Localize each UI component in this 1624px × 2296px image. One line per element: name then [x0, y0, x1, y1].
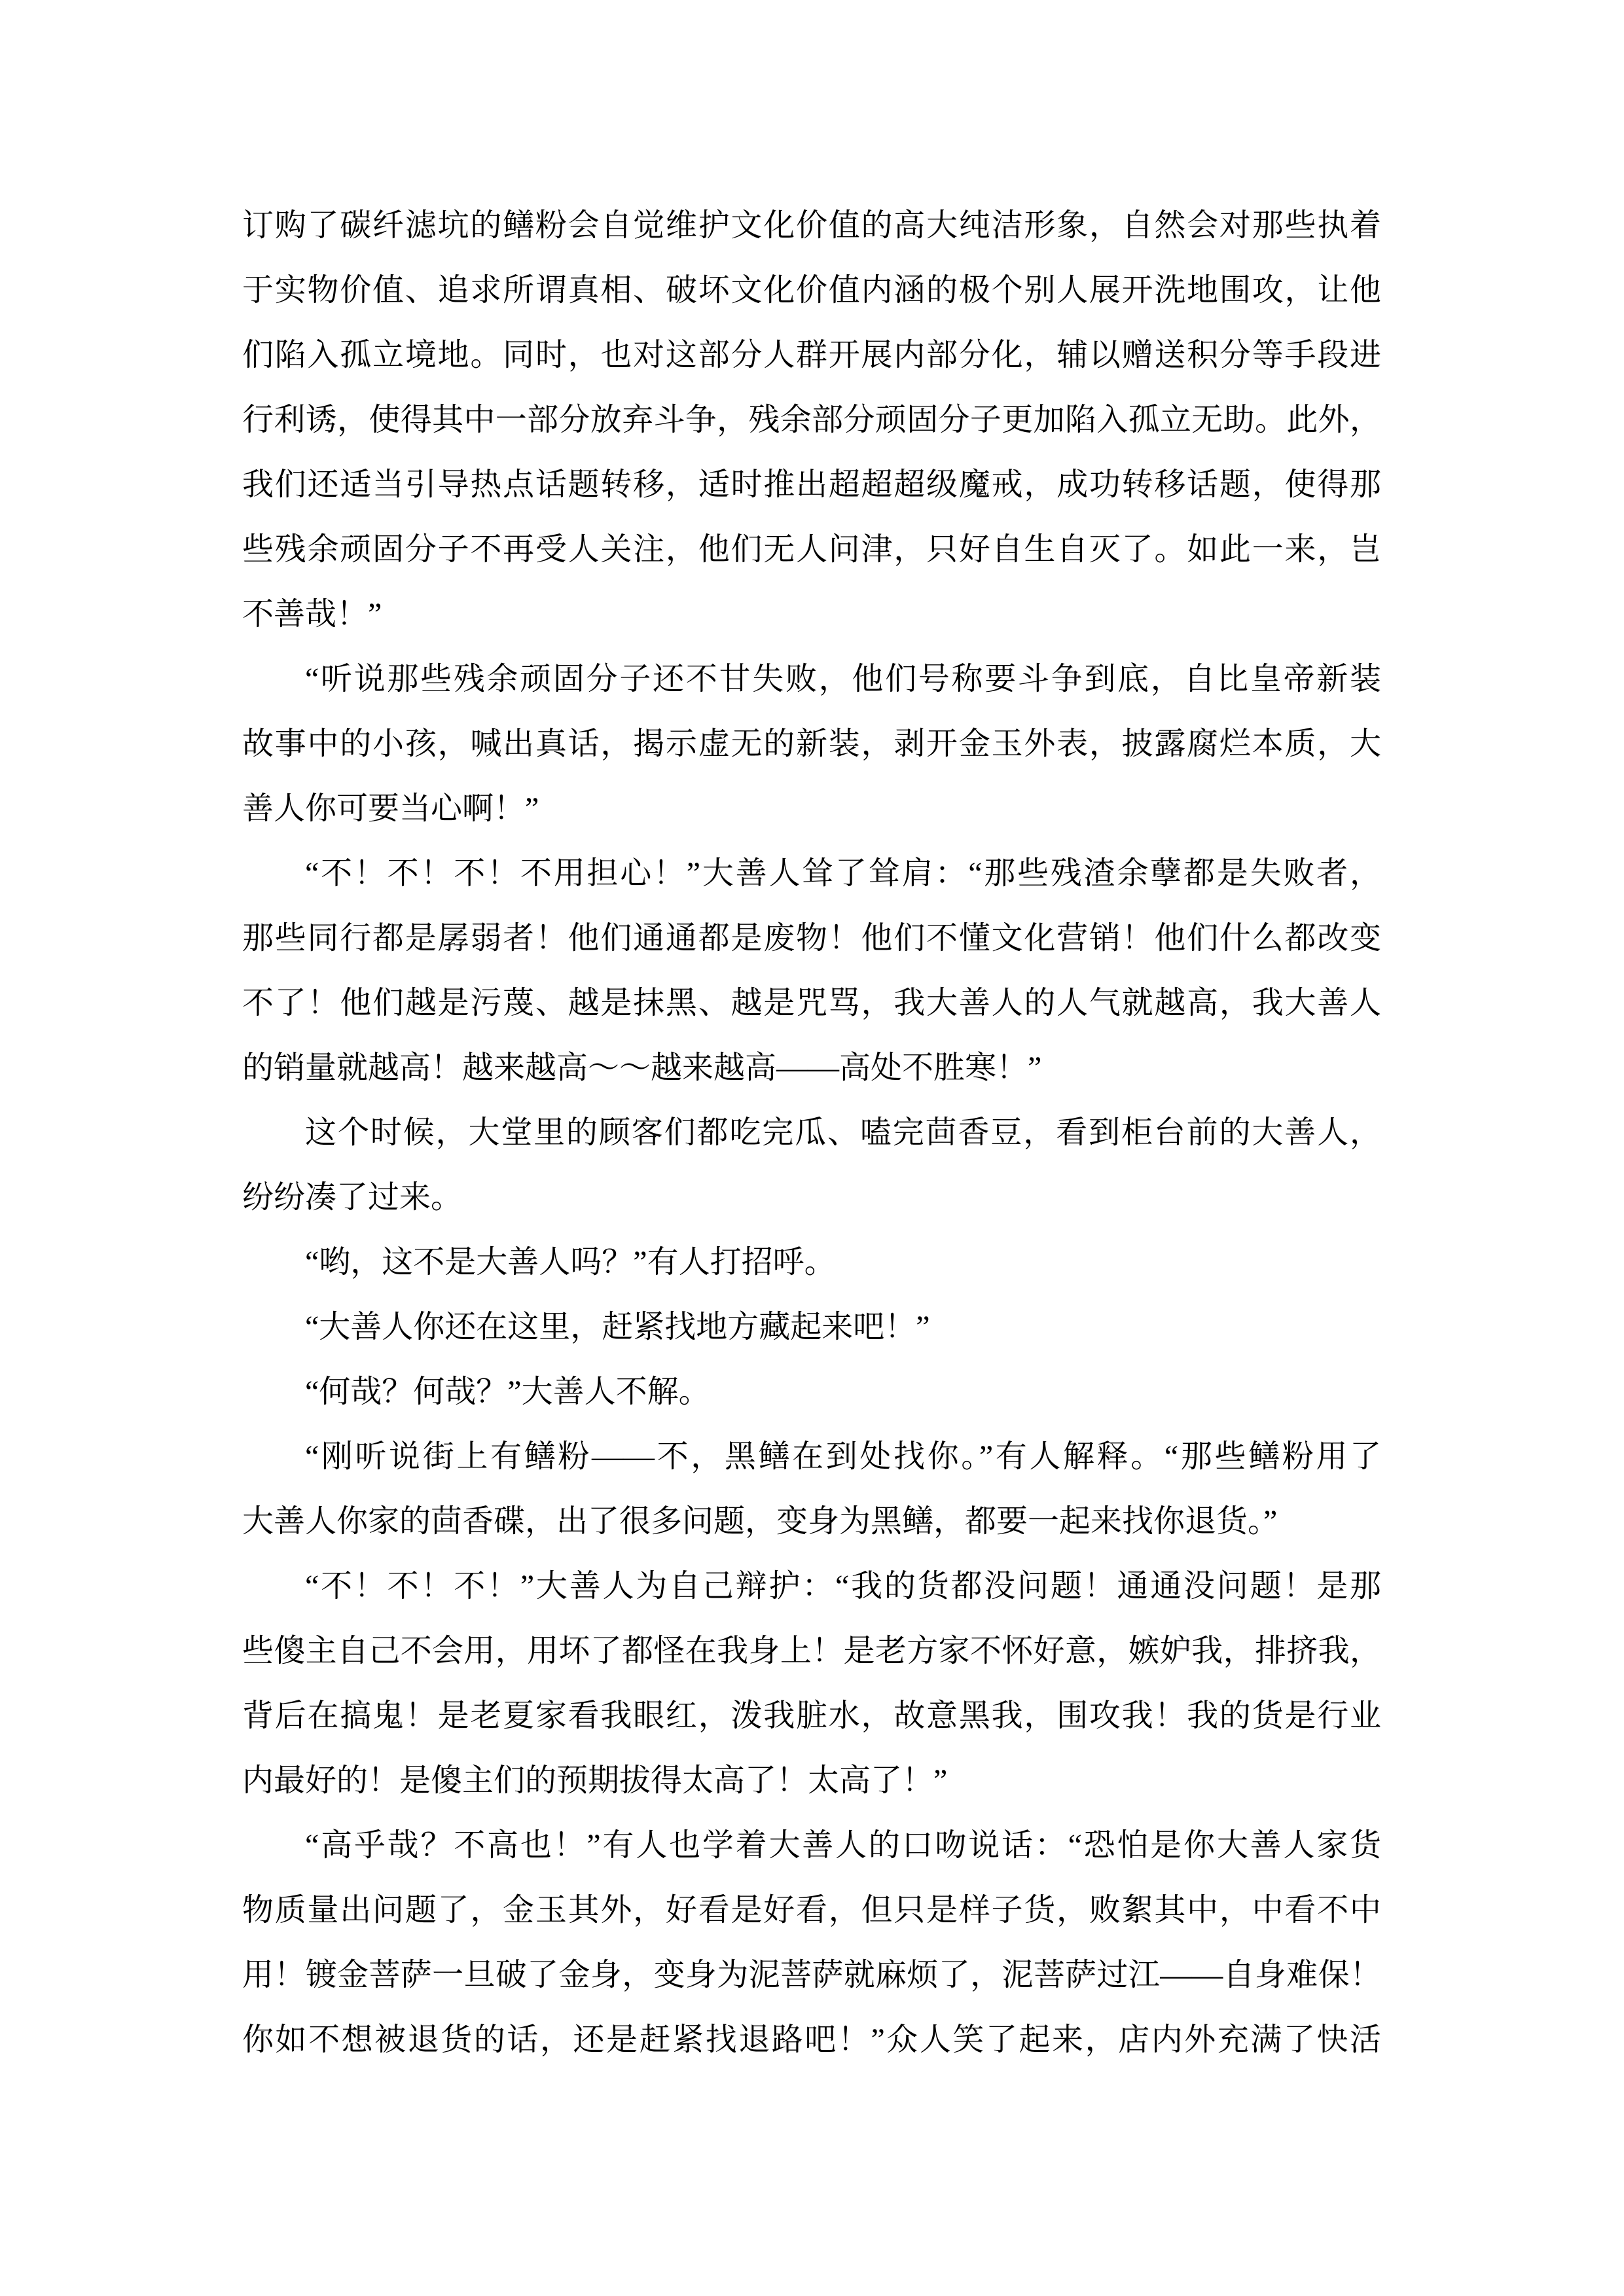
text-line: “不！不！不！”大善人为自己辩护：“我的货都没问题！通通没问题！是那: [242, 1554, 1381, 1619]
text-line: 用！镀金菩萨一旦破了金身，变身为泥菩萨就麻烦了，泥菩萨过江——自身难保！: [242, 1943, 1381, 2007]
text-line: 于实物价值、追求所谓真相、破坏文化价值内涵的极个别人展开洗地围攻，让他: [242, 258, 1381, 323]
text-line: 故事中的小孩，喊出真话，揭示虚无的新装，剥开金玉外表，披露腐烂本质，大: [242, 711, 1381, 776]
text-line: 不了！他们越是污蔑、越是抹黑、越是咒骂，我大善人的人气就越高，我大善人: [242, 971, 1381, 1035]
text-line: 的销量就越高！越来越高～～越来越高——高处不胜寒！”: [242, 1035, 1381, 1100]
text-line: 背后在搞鬼！是老夏家看我眼红，泼我脏水，故意黑我，围攻我！我的货是行业: [242, 1683, 1381, 1748]
text-line: “不！不！不！不用担心！”大善人耸了耸肩：“那些残渣余孽都是失败者，: [242, 841, 1381, 906]
text-line: “大善人你还在这里，赶紧找地方藏起来吧！”: [242, 1295, 1381, 1359]
text-line: 那些同行都是孱弱者！他们通通都是废物！他们不懂文化营销！他们什么都改变: [242, 906, 1381, 971]
text-line: “高乎哉？不高也！”有人也学着大善人的口吻说话：“恐怕是你大善人家货: [242, 1813, 1381, 1878]
text-line: 这个时候，大堂里的顾客们都吃完瓜、嗑完茴香豆，看到柜台前的大善人，: [242, 1100, 1381, 1165]
text-line: “哟，这不是大善人吗？”有人打招呼。: [242, 1230, 1381, 1295]
text-line: 大善人你家的茴香碟，出了很多问题，变身为黑鳝，都要一起来找你退货。”: [242, 1489, 1381, 1554]
text-line: 些傻主自己不会用，用坏了都怪在我身上！是老方家不怀好意，嫉妒我，排挤我，: [242, 1619, 1381, 1683]
text-line: “刚听说街上有鳝粉——不，黑鳝在到处找你。”有人解释。“那些鳝粉用了: [242, 1424, 1381, 1489]
text-line: 行利诱，使得其中一部分放弃斗争，残余部分顽固分子更加陷入孤立无助。此外，: [242, 387, 1381, 452]
text-line: 我们还适当引导热点话题转移，适时推出超超超级魔戒，成功转移话题，使得那: [242, 452, 1381, 517]
document-page: 订购了碳纤滤坑的鳝粉会自觉维护文化价值的高大纯洁形象，自然会对那些执着于实物价值…: [0, 0, 1624, 2296]
text-line: 订购了碳纤滤坑的鳝粉会自觉维护文化价值的高大纯洁形象，自然会对那些执着: [242, 193, 1381, 258]
text-line: 物质量出问题了，金玉其外，好看是好看，但只是样子货，败絮其中，中看不中: [242, 1878, 1381, 1943]
story-text-block: 订购了碳纤滤坑的鳝粉会自觉维护文化价值的高大纯洁形象，自然会对那些执着于实物价值…: [242, 193, 1381, 2072]
text-line: 不善哉！”: [242, 582, 1381, 647]
text-line: 你如不想被退货的话，还是赶紧找退路吧！”众人笑了起来，店内外充满了快活: [242, 2007, 1381, 2072]
text-line: 善人你可要当心啊！”: [242, 776, 1381, 841]
text-line: 们陷入孤立境地。同时，也对这部分人群开展内部分化，辅以赠送积分等手段进: [242, 323, 1381, 387]
text-line: “听说那些残余顽固分子还不甘失败，他们号称要斗争到底，自比皇帝新装: [242, 647, 1381, 711]
text-line: 内最好的！是傻主们的预期拔得太高了！太高了！”: [242, 1748, 1381, 1813]
text-line: 纷纷凑了过来。: [242, 1165, 1381, 1230]
text-line: “何哉？何哉？”大善人不解。: [242, 1359, 1381, 1424]
text-line: 些残余顽固分子不再受人关注，他们无人问津，只好自生自灭了。如此一来，岂: [242, 517, 1381, 582]
